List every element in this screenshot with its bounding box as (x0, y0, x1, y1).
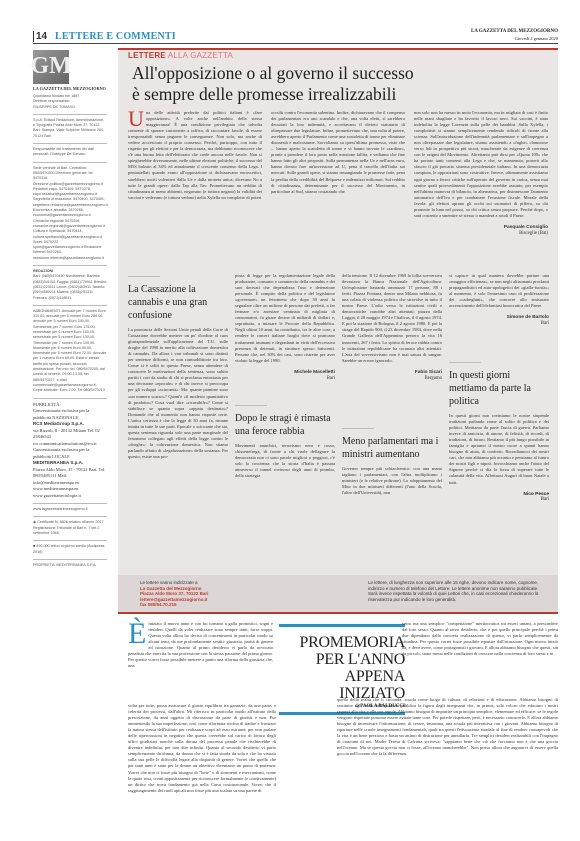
letter-stragi: Dopo le stragi è rimasta una feroce rabb… (235, 405, 335, 479)
editorial-col2: vetro ma una semplice "competizione" mer… (402, 621, 558, 657)
readership-block: ■ 490.000 lettori al giorno medio (Audip… (33, 541, 107, 560)
main-letter-col1: Una delle attività preferite dai politic… (128, 110, 262, 201)
audipress-icon: ■ (33, 544, 35, 548)
editorial-col1: Èiniziato il nuovo anno e con lui tornan… (128, 621, 273, 669)
page-header: 14 LETTERE E COMMENTI LA GAZZETTA DEL ME… (33, 31, 558, 44)
advertising-block: PUBBLICITÀ: Concessionaria esclusiva per… (33, 399, 107, 505)
letter-cassazione: La Cassazione la cannabis e una gran con… (128, 276, 228, 460)
masthead: LA GAZZETTA DEL MEZZOGIORNO Giovedì 2 ge… (471, 28, 558, 42)
contacts-block: Sede centrale di Bari: Centralino: 080/5… (33, 163, 107, 266)
letter-stragi-cont: della tensione. Il 12 dicembre 1969 la f… (342, 273, 442, 382)
red-rule (118, 48, 558, 50)
letters-contact-box: Le lettere vanno indirizzate a La Gazzet… (118, 575, 558, 614)
editorial-col2-cont: quella della realtà che li circonda: scu… (337, 697, 558, 757)
contact-name: La Gazzetta del Mezzogiorno (140, 586, 202, 591)
privacy-block: Responsabile del trattamento dei dati pe… (33, 144, 107, 163)
section-title: LETTERE E COMMENTI (55, 31, 176, 42)
editorial-col1-cont: volta per tutte, possa assicurare il giu… (128, 703, 276, 794)
editorial-title: PROMEMORIA PER L'ANNO APPENA INIZIATO (279, 634, 405, 702)
redazioni-block: REDAZIONI Bari: (080)5470430 Nordbarese:… (33, 266, 107, 306)
certification-badge-icon: ◉ (33, 520, 36, 524)
colophon-sidebar: GM LA GAZZETTA DEL MEZZOGIORNO Quotidian… (33, 50, 107, 568)
letter-politica: In questi giorni mettiamo da parte la po… (449, 362, 549, 502)
logo-name: LA GAZZETTA DEL MEZZOGIORNO (33, 86, 107, 91)
main-letter-col3: non solo non ha messo in moto l'economia… (414, 110, 548, 237)
newspaper-logo-icon: GM (33, 50, 69, 84)
letter-parlamentari-cont: si capisce in qual maniera dovrebbe port… (449, 273, 549, 327)
letters-kicker: LETTERE ALLA GAZZETTA (128, 51, 233, 60)
letter-cassazione-cont: posta di legge per la regolamentazione l… (235, 273, 335, 382)
letter-parlamentari: Meno parlamentari ma i ministri aumentan… (342, 428, 442, 496)
director-name: GIUSEPPE DE TOMASO (33, 105, 107, 110)
main-letter-headline: All'opposizione o al governo il successo… (132, 63, 414, 105)
publisher-block: S.p.A. Edisud Redazione, Amministrazione… (33, 115, 107, 144)
director-block: Quotidiano fondato nel 1887 Direttore re… (33, 91, 107, 115)
contact-email-link[interactable]: lettere@gazzettamezzogiorno.it (140, 597, 207, 602)
issue-date: Giovedì 2 gennaio 2020 (471, 35, 558, 42)
page-number: 14 (33, 31, 47, 42)
certification-block: ◉ Certificato N. 8606 relativo all'anno … (33, 517, 107, 541)
letter-title: La Cassazione la cannabis e una gran con… (128, 283, 228, 322)
letters-section: LETTERE ALLA GAZZETTA All'opposizione o … (118, 48, 558, 575)
contact-address: Piazza Aldo Moro 37, 70122 Bari (140, 591, 208, 596)
subscriptions-block: ABBONAMENTI: Annuale per 7 numeri Euro 3… (33, 306, 107, 399)
blue-rule (279, 624, 405, 627)
contact-fax: fax 080/54.70.215 (140, 602, 177, 607)
drop-cap: È (128, 621, 146, 647)
website-link[interactable]: www.lagazzettadelmezzogiorno.it (33, 504, 107, 517)
masthead-name: LA GAZZETTA DEL MEZZOGIORNO (471, 28, 558, 35)
ownership: PROPRIETÀ: MEDITERRANEA S.P.A. (33, 560, 107, 568)
letters-rules: Le lettere, di lunghezza non superiore a… (368, 580, 548, 602)
letter-title: Meno parlamentari ma i ministri aumentan… (342, 435, 442, 461)
main-letter-col2: occulti contro l'economia salentina. Ino… (271, 110, 405, 195)
letter-title: In questi giorni mettiamo da parte la po… (449, 369, 549, 408)
letter-title: Dopo le stragi è rimasta una feroce rabb… (235, 412, 335, 438)
